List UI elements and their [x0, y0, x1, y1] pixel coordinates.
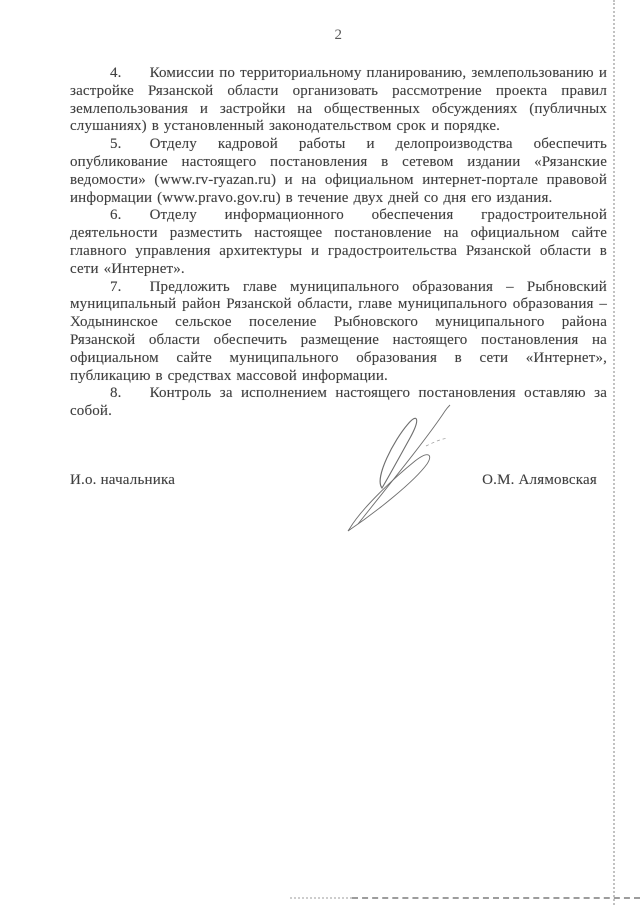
- scan-artifact-bottom-line: [352, 897, 640, 899]
- paragraph-8: 8.Контроль за исполнением настоящего пос…: [70, 385, 607, 421]
- document-page: 2 4.Комиссии по территориальному планиро…: [0, 0, 640, 905]
- paragraph-6: 6.Отделу информационного обеспечения гра…: [70, 207, 607, 278]
- paragraph-5-number: 5.: [110, 136, 122, 152]
- document-body: 4.Комиссии по территориальному планирова…: [70, 65, 607, 421]
- paragraph-4-number: 4.: [110, 65, 122, 81]
- paragraph-4: 4.Комиссии по территориальному планирова…: [70, 65, 607, 136]
- paragraph-4-text: Комиссии по территориальному планировани…: [70, 65, 607, 134]
- page-number: 2: [70, 27, 607, 44]
- paragraph-7-number: 7.: [110, 279, 122, 295]
- paragraph-7: 7.Предложить главе муниципального образо…: [70, 279, 607, 386]
- paragraph-7-text: Предложить главе муниципального образова…: [70, 279, 607, 384]
- signer-position-title: И.о. начальника: [70, 472, 175, 489]
- paragraph-5-text: Отделу кадровой работы и делопроизводств…: [70, 136, 607, 205]
- paragraph-6-number: 6.: [110, 207, 122, 223]
- signer-name: О.М. Алямовская: [482, 472, 607, 489]
- paragraph-8-text: Контроль за исполнением настоящего поста…: [70, 385, 607, 419]
- paragraph-6-text: Отделу информационного обеспечения градо…: [70, 207, 607, 276]
- signature-line: И.о. начальника О.М. Алямовская: [70, 472, 607, 489]
- paragraph-8-number: 8.: [110, 385, 122, 401]
- paragraph-5: 5.Отделу кадровой работы и делопроизводс…: [70, 136, 607, 207]
- scan-artifact-vertical-line: [613, 0, 615, 905]
- scan-artifact-bottom-line-faint: [290, 897, 352, 899]
